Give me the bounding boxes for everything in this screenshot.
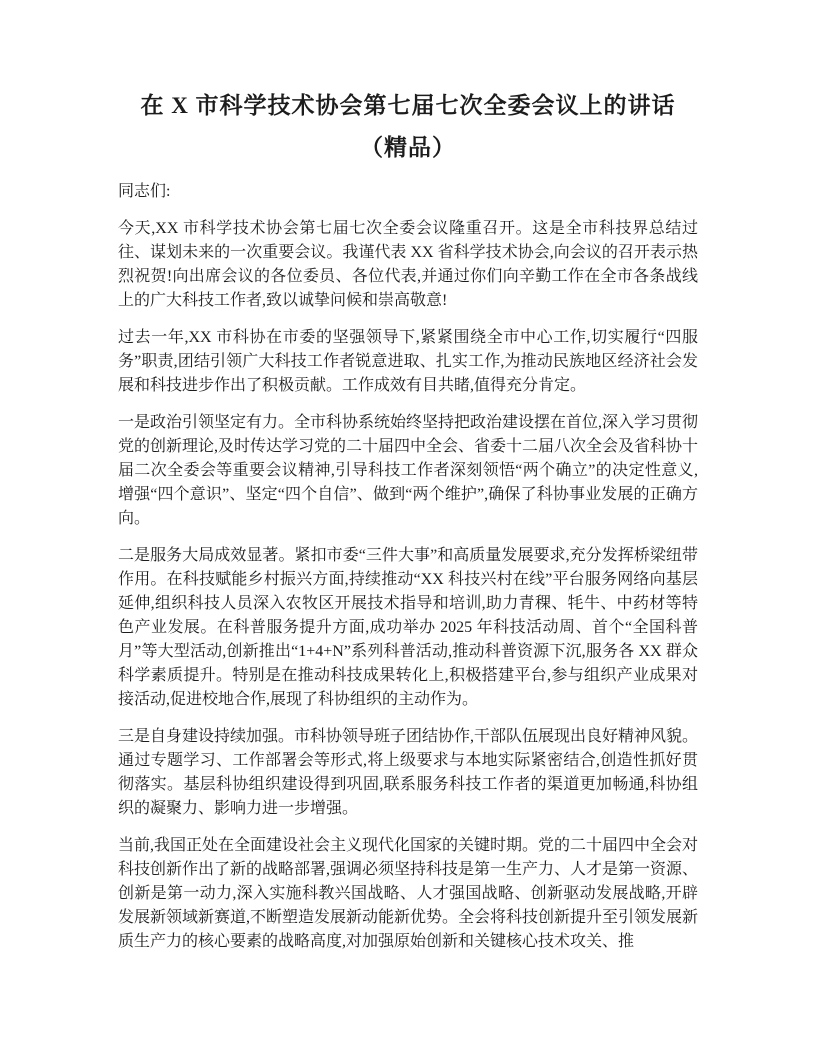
document-page: 在 X 市科学技术协会第七届七次全委会议上的讲话 （精品） 同志们: 今天,XX…: [0, 0, 816, 1056]
salutation: 同志们:: [118, 180, 698, 204]
title-line-1: 在 X 市科学技术协会第七届七次全委会议上的讲话: [140, 93, 675, 118]
paragraph-point-one-political-leadership: 一是政治引领坚定有力。全市科协系统始终坚持把政治建设摆在首位,深入学习贯彻党的创…: [118, 411, 698, 531]
paragraph-past-year-summary: 过去一年,XX 市科协在市委的坚强领导下,紧紧围绕全市中心工作,切实履行“四服务…: [118, 326, 698, 398]
paragraph-point-three-self-construction: 三是自身建设持续加强。市科协领导班子团结协作,干部队伍展现出良好精神风貌。通过专…: [118, 725, 698, 821]
title-line-2: （精品）: [360, 135, 456, 160]
document-title: 在 X 市科学技术协会第七届七次全委会议上的讲话 （精品）: [118, 85, 698, 169]
paragraph-point-two-serving-overall-situation: 二是服务大局成效显著。紧扣市委“三件大事”和高质量发展要求,充分发挥桥梁纽带作用…: [118, 544, 698, 712]
paragraph-opening: 今天,XX 市科学技术协会第七届七次全委会议隆重召开。这是全市科技界总结过往、谋…: [118, 217, 698, 313]
paragraph-current-situation: 当前,我国正处在全面建设社会主义现代化国家的关键时期。党的二十届四中全会对科技创…: [118, 834, 698, 954]
